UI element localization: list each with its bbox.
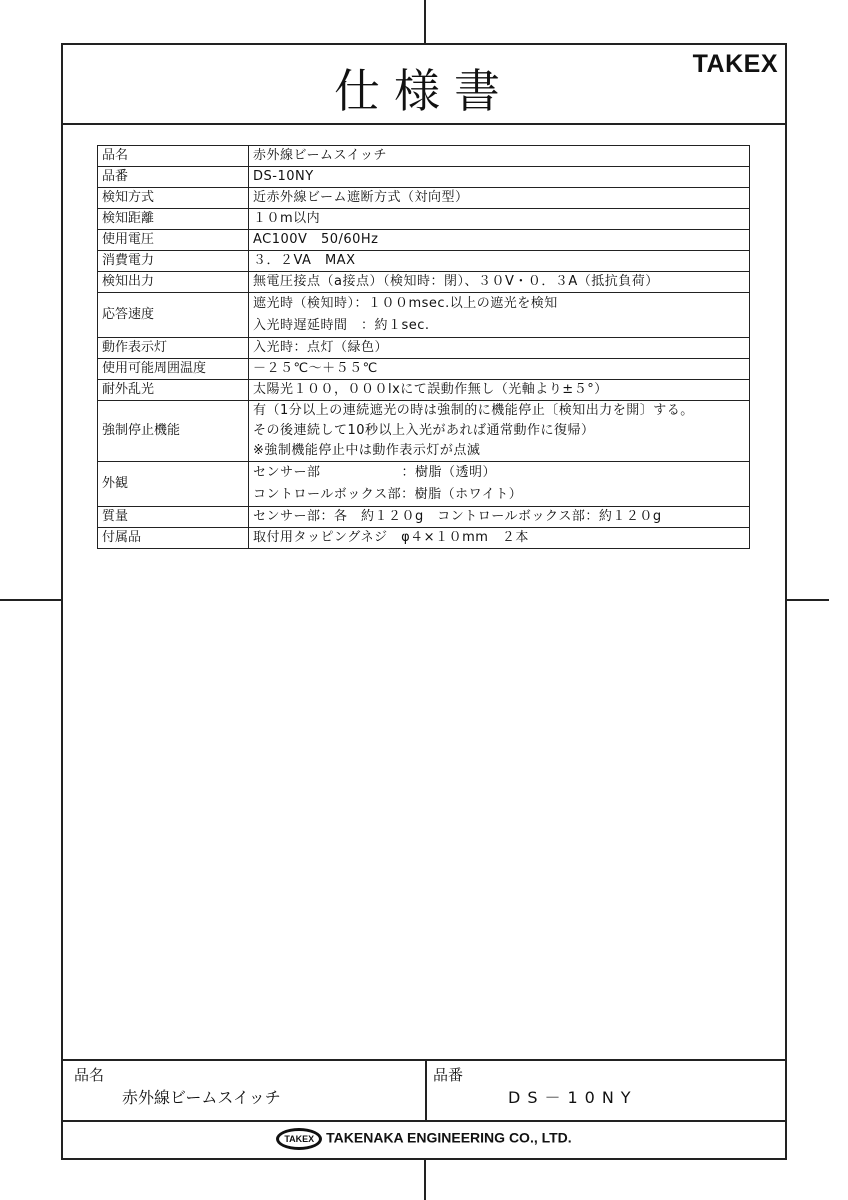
table-row: 質量センサー部：各 約１２０g コントロールボックス部：約１２０g <box>98 507 750 528</box>
table-row: 検知距離１０m以内 <box>98 209 750 230</box>
footer-column-divider <box>425 1059 427 1121</box>
spec-value-line: 取付用タッピングネジ φ４×１０mm ２本 <box>253 528 745 548</box>
spec-value-line: 入光時：点灯（緑色） <box>253 338 745 358</box>
company-name: TAKENAKA ENGINEERING CO., LTD. <box>326 1130 572 1146</box>
table-row: 動作表示灯入光時：点灯（緑色） <box>98 338 750 359</box>
spec-label: 耐外乱光 <box>98 380 249 401</box>
footer-number-label: 品番 <box>433 1064 463 1085</box>
registration-mark-right <box>787 599 829 601</box>
spec-label: 動作表示灯 <box>98 338 249 359</box>
spec-value: 近赤外線ビーム遮断方式（対向型） <box>249 188 750 209</box>
spec-label: 使用可能周囲温度 <box>98 359 249 380</box>
table-row: 応答速度遮光時（検知時）：１００msec.以上の遮光を検知入光時遅延時間 ：約１… <box>98 293 750 338</box>
spec-value-line: センサー部：各 約１２０g コントロールボックス部：約１２０g <box>253 507 745 527</box>
spec-value-line: AC100V 50/60Hz <box>253 230 745 250</box>
footer-number-value: DS－10NY <box>508 1085 638 1108</box>
spec-value-line: センサー部 ：樹脂（透明） <box>253 462 745 484</box>
footer-name-label: 品名 <box>74 1064 104 1085</box>
company-logo-icon: TAKEX <box>276 1128 322 1150</box>
spec-value: 太陽光１００，０００lxにて誤動作無し（光軸より±５°） <box>249 380 750 401</box>
spec-value: ３．２VA MAX <box>249 251 750 272</box>
spec-value: 取付用タッピングネジ φ４×１０mm ２本 <box>249 528 750 549</box>
registration-mark-left <box>0 599 61 601</box>
spec-label: 品名 <box>98 146 249 167</box>
spec-value-line: 遮光時（検知時）：１００msec.以上の遮光を検知 <box>253 293 745 315</box>
spec-label: 消費電力 <box>98 251 249 272</box>
spec-value: DS-10NY <box>249 167 750 188</box>
footer-name-value: 赤外線ビームスイッチ <box>122 1085 281 1108</box>
table-row: 付属品取付用タッピングネジ φ４×１０mm ２本 <box>98 528 750 549</box>
brand-logo: TAKEX <box>693 50 778 79</box>
spec-value-line: 赤外線ビームスイッチ <box>253 146 745 166</box>
company-footer: TAKEXTAKENAKA ENGINEERING CO., LTD. <box>0 1128 848 1150</box>
table-row: 耐外乱光太陽光１００，０００lxにて誤動作無し（光軸より±５°） <box>98 380 750 401</box>
table-row: 使用電圧AC100V 50/60Hz <box>98 230 750 251</box>
spec-value: 遮光時（検知時）：１００msec.以上の遮光を検知入光時遅延時間 ：約１sec. <box>249 293 750 338</box>
spec-label: 使用電圧 <box>98 230 249 251</box>
spec-label: 検知出力 <box>98 272 249 293</box>
footer-divider-top <box>61 1059 787 1061</box>
header-divider <box>61 123 787 125</box>
spec-value: AC100V 50/60Hz <box>249 230 750 251</box>
table-row: 品名赤外線ビームスイッチ <box>98 146 750 167</box>
table-row: 強制停止機能有（1分以上の連続遮光の時は強制的に機能停止〔検知出力を開〕する。そ… <box>98 401 750 462</box>
spec-value: 入光時：点灯（緑色） <box>249 338 750 359</box>
spec-value-line: 有（1分以上の連続遮光の時は強制的に機能停止〔検知出力を開〕する。 <box>253 401 745 421</box>
spec-value-line: 入光時遅延時間 ：約１sec. <box>253 315 745 337</box>
spec-label: 質量 <box>98 507 249 528</box>
spec-value-line: 無電圧接点（a接点）（検知時：閉）、３０V・０．３A（抵抗負荷） <box>253 272 745 292</box>
table-row: 消費電力３．２VA MAX <box>98 251 750 272</box>
spec-label: 検知距離 <box>98 209 249 230</box>
spec-label: 品番 <box>98 167 249 188</box>
spec-value-line: －２５℃～＋５５℃ <box>253 359 745 379</box>
spec-value-line: 太陽光１００，０００lxにて誤動作無し（光軸より±５°） <box>253 380 745 400</box>
table-row: 使用可能周囲温度－２５℃～＋５５℃ <box>98 359 750 380</box>
registration-mark-bottom <box>424 1160 426 1200</box>
spec-label: 強制停止機能 <box>98 401 249 462</box>
spec-value-line: コントロールボックス部：樹脂（ホワイト） <box>253 484 745 506</box>
table-row: 品番DS-10NY <box>98 167 750 188</box>
spec-value: 無電圧接点（a接点）（検知時：閉）、３０V・０．３A（抵抗負荷） <box>249 272 750 293</box>
spec-value: 有（1分以上の連続遮光の時は強制的に機能停止〔検知出力を開〕する。その後連続して… <box>249 401 750 462</box>
spec-label: 検知方式 <box>98 188 249 209</box>
spec-value: －２５℃～＋５５℃ <box>249 359 750 380</box>
spec-table: 品名赤外線ビームスイッチ品番DS-10NY検知方式近赤外線ビーム遮断方式（対向型… <box>97 145 750 549</box>
spec-value: センサー部：各 約１２０g コントロールボックス部：約１２０g <box>249 507 750 528</box>
table-row: 検知出力無電圧接点（a接点）（検知時：閉）、３０V・０．３A（抵抗負荷） <box>98 272 750 293</box>
spec-value-line: ※強制機能停止中は動作表示灯が点滅 <box>253 441 745 461</box>
registration-mark-top <box>424 0 426 43</box>
spec-value: センサー部 ：樹脂（透明）コントロールボックス部：樹脂（ホワイト） <box>249 462 750 507</box>
footer-divider-bottom <box>61 1120 787 1122</box>
spec-value-line: ３．２VA MAX <box>253 251 745 271</box>
spec-value-line: DS-10NY <box>253 167 745 187</box>
spec-label: 応答速度 <box>98 293 249 338</box>
spec-value: １０m以内 <box>249 209 750 230</box>
spec-value-line: 近赤外線ビーム遮断方式（対向型） <box>253 188 745 208</box>
spec-value-line: １０m以内 <box>253 209 745 229</box>
table-row: 検知方式近赤外線ビーム遮断方式（対向型） <box>98 188 750 209</box>
table-row: 外観センサー部 ：樹脂（透明）コントロールボックス部：樹脂（ホワイト） <box>98 462 750 507</box>
spec-label: 外観 <box>98 462 249 507</box>
spec-value-line: その後連続して10秒以上入光があれば通常動作に復帰） <box>253 421 745 441</box>
spec-label: 付属品 <box>98 528 249 549</box>
spec-value: 赤外線ビームスイッチ <box>249 146 750 167</box>
